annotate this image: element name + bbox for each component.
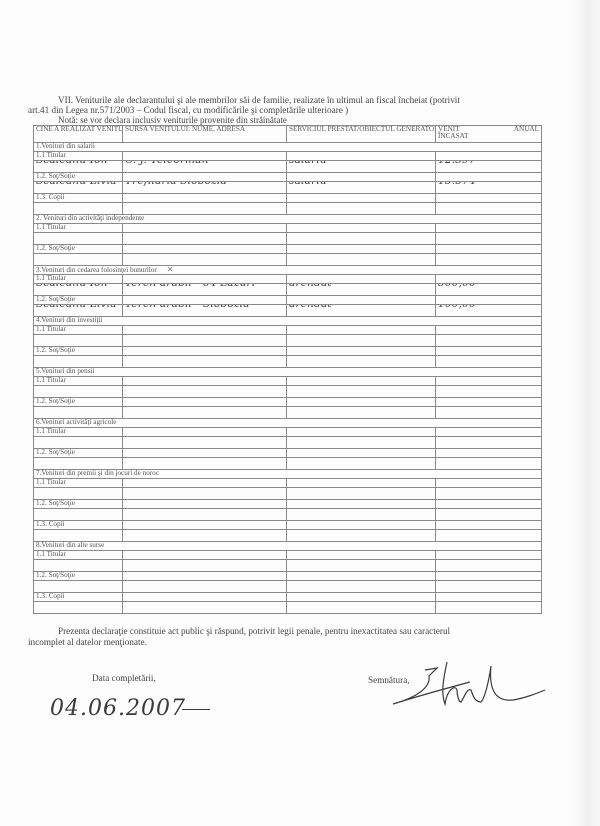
blank-cell [436, 296, 542, 305]
cell-source [123, 254, 287, 266]
section-title-text: 5.Venituri din pensii [36, 368, 95, 376]
row-label: 1.1 Titular [34, 428, 123, 437]
blank-cell [436, 377, 542, 386]
signature-mark [385, 660, 555, 710]
cell-source [123, 203, 287, 215]
section-title-text: 4.Venituri din investiţii [36, 317, 102, 325]
blank-cell [436, 521, 542, 530]
blank-cell [123, 593, 287, 602]
handwritten-who: Scaleanu Livia [36, 305, 120, 311]
cell-service: arendat [287, 284, 436, 296]
table-row [34, 530, 542, 542]
cell-service [287, 458, 436, 470]
blank-cell [436, 398, 542, 407]
table-row-label: 1.2. Soţ/Soţie [34, 347, 542, 356]
section-title: 2. Venituri din activităţi independente [34, 215, 542, 224]
table-row [34, 407, 542, 419]
cell-source [123, 488, 287, 500]
table-header-row: CINE A REALIZAT VENITUL SURSA VENITULUI:… [34, 126, 542, 143]
blank-cell [287, 245, 436, 254]
foreign-income-note: Notă: se vor declara inclusiv veniturile… [58, 115, 287, 125]
blank-cell [436, 326, 542, 335]
section-title-text: 2. Venituri din activităţi independente [36, 215, 144, 223]
cell-service [287, 386, 436, 398]
section-title-text: 3.Venituri din cedarea folosinţei bunuri… [36, 266, 157, 274]
row-label: 1.1 Titular [34, 275, 123, 284]
cell-service: salariu [287, 161, 436, 173]
cell-service [287, 581, 436, 593]
cell-service [287, 335, 436, 347]
blank-cell [436, 479, 542, 488]
cell-service: salariu [287, 182, 436, 194]
cell-income [436, 254, 542, 266]
cell-source: Teren arabil - Slobozia [123, 305, 287, 317]
handwritten-service: arendat [289, 284, 433, 290]
table-row-label: 1.1 Titular [34, 428, 542, 437]
table-row-label: 1.3. Copii [34, 194, 542, 203]
section-title: 5.Venituri din pensii [34, 368, 542, 377]
section-title: 6.Venituri activităţi agricole [34, 419, 542, 428]
table-row: Scaleanu LiviaTeren arabil - Sloboziaare… [34, 305, 542, 317]
table-row [34, 560, 542, 572]
row-label: 1.2. Soţ/Soţie [34, 296, 123, 305]
cell-who [34, 530, 123, 542]
cell-source: Trefilaria Slobozia [123, 182, 287, 194]
cell-who [34, 335, 123, 347]
blank-cell [123, 245, 287, 254]
row-label: 1.2. Soţ/Soţie [34, 347, 123, 356]
table-row-label: 1.1 Titular [34, 152, 542, 161]
cell-who: Scaleanu Ion [34, 284, 123, 296]
handwritten-x-mark-icon: ✕ [167, 266, 174, 275]
table-row-label: 1.1 Titular [34, 326, 542, 335]
handwritten-who: Scaleanu Livia [36, 182, 120, 188]
cell-service [287, 356, 436, 368]
blank-cell [436, 275, 542, 284]
table-row-label: 1.1 Titular [34, 224, 542, 233]
blank-cell [287, 152, 436, 161]
cell-who [34, 254, 123, 266]
cell-source [123, 356, 287, 368]
section-title-row: 3.Venituri din cedarea folosinţei bunuri… [34, 266, 542, 275]
cell-income [436, 356, 542, 368]
section-title: 1.Venituri din salarii [34, 143, 542, 152]
blank-cell [287, 521, 436, 530]
table-row: Scaleanu IonC. J. Teleormansalariu12.397 [34, 161, 542, 173]
table-row-label: 1.1 Titular [34, 479, 542, 488]
blank-cell [287, 347, 436, 356]
handwritten-income: 100,00 [438, 305, 539, 311]
blank-cell [287, 398, 436, 407]
section-title-text: 1.Venituri din salarii [36, 143, 95, 151]
handwritten-source: C. J. Teleorman [125, 161, 284, 167]
section-title-row: 1.Venituri din salarii [34, 143, 542, 152]
cell-service [287, 509, 436, 521]
blank-cell [123, 224, 287, 233]
cell-source [123, 437, 287, 449]
blank-cell [123, 194, 287, 203]
table-row [34, 254, 542, 266]
cell-income [436, 458, 542, 470]
cell-who [34, 602, 123, 614]
row-label: 1.1 Titular [34, 152, 123, 161]
blank-cell [123, 275, 287, 284]
table-row [34, 356, 542, 368]
cell-who [34, 509, 123, 521]
row-label: 1.1 Titular [34, 479, 123, 488]
cell-who [34, 356, 123, 368]
table-row [34, 458, 542, 470]
blank-cell [436, 224, 542, 233]
blank-cell [123, 296, 287, 305]
handwritten-source: Teren arabil - Slobozia [125, 305, 284, 311]
column-header-service: SERVICIUL PRESTAT/OBIECTUL GENERATOR DE … [287, 126, 436, 143]
table-row-label: 1.2. Soţ/Soţie [34, 173, 542, 182]
blank-cell [287, 224, 436, 233]
section-title-row: 7.Venituri din premii şi din jocuri de n… [34, 470, 542, 479]
legal-statement: Prezenta declaraţie constituie act publi… [28, 626, 553, 648]
blank-cell [123, 572, 287, 581]
cell-who [34, 233, 123, 245]
blank-cell [287, 500, 436, 509]
cell-source [123, 386, 287, 398]
table-row [34, 437, 542, 449]
cell-source [123, 581, 287, 593]
cell-who: Scaleanu Ion [34, 161, 123, 173]
cell-income [436, 488, 542, 500]
handwritten-service: salariu [289, 161, 433, 167]
blank-cell [436, 173, 542, 182]
table-row [34, 488, 542, 500]
cell-income [436, 560, 542, 572]
row-label: 1.2. Soţ/Soţie [34, 173, 123, 182]
table-row [34, 602, 542, 614]
cell-income: 15.574 [436, 182, 542, 194]
row-label: 1.1 Titular [34, 377, 123, 386]
blank-cell [123, 521, 287, 530]
cell-who [34, 386, 123, 398]
table-row-label: 1.3. Copii [34, 521, 542, 530]
row-label: 1.2. Soţ/Soţie [34, 245, 123, 254]
cell-income [436, 581, 542, 593]
table-row [34, 335, 542, 347]
handwritten-service: arendat [289, 305, 433, 311]
row-label: 1.3. Copii [34, 521, 123, 530]
statement-line-2: incomplet al datelor menţionate. [28, 637, 553, 648]
cell-who: Scaleanu Livia [34, 182, 123, 194]
cell-who [34, 581, 123, 593]
blank-cell [287, 194, 436, 203]
cell-service [287, 530, 436, 542]
cell-income: 100,00 [436, 305, 542, 317]
table-row [34, 386, 542, 398]
cell-income: 12.397 [436, 161, 542, 173]
cell-income [436, 602, 542, 614]
cell-service [287, 203, 436, 215]
cell-income [436, 530, 542, 542]
cell-income [436, 203, 542, 215]
blank-cell [287, 377, 436, 386]
cell-who [34, 560, 123, 572]
blank-cell [287, 479, 436, 488]
handwritten-who: Scaleanu Ion [36, 284, 120, 290]
cell-source [123, 407, 287, 419]
handwritten-income: 12.397 [438, 161, 539, 167]
blank-cell [287, 593, 436, 602]
blank-cell [123, 326, 287, 335]
column-header-source: SURSA VENITULUI: NUME, ADRESA [123, 126, 287, 143]
table-row: Scaleanu IonTeren arabil - 64 Lazuriaren… [34, 284, 542, 296]
cell-service [287, 560, 436, 572]
cell-income [436, 335, 542, 347]
cell-income [436, 509, 542, 521]
table-row-label: 1.2. Soţ/Soţie [34, 245, 542, 254]
row-label: 1.3. Copii [34, 194, 123, 203]
blank-cell [287, 449, 436, 458]
row-label: 1.1 Titular [34, 326, 123, 335]
section-title-row: 6.Venituri activităţi agricole [34, 419, 542, 428]
row-label: 1.2. Soţ/Soţie [34, 572, 123, 581]
blank-cell [123, 500, 287, 509]
blank-cell [436, 152, 542, 161]
cell-income [436, 407, 542, 419]
row-label: 1.2. Soţ/Soţie [34, 500, 123, 509]
table-row [34, 581, 542, 593]
cell-source [123, 335, 287, 347]
cell-source [123, 458, 287, 470]
blank-cell [436, 245, 542, 254]
table-row-label: 1.2. Soţ/Soţie [34, 500, 542, 509]
row-label: 1.3. Copii [34, 593, 123, 602]
income-table: CINE A REALIZAT VENITUL SURSA VENITULUI:… [33, 125, 542, 614]
blank-cell [287, 326, 436, 335]
blank-cell [287, 173, 436, 182]
blank-cell [123, 152, 287, 161]
cell-source [123, 509, 287, 521]
table-row-label: 1.2. Soţ/Soţie [34, 572, 542, 581]
section-title-row: 4.Venituri din investiţii [34, 317, 542, 326]
blank-cell [123, 479, 287, 488]
handwritten-income: 500,00 [438, 284, 539, 290]
heading-line-2: art.41 din Legea nr.571/2003 – Codul fis… [28, 105, 573, 115]
row-label: 1.1 Titular [34, 224, 123, 233]
cell-income: 500,00 [436, 284, 542, 296]
cell-service [287, 233, 436, 245]
cell-service [287, 407, 436, 419]
cell-who [34, 458, 123, 470]
blank-cell [287, 296, 436, 305]
section-title-row: 2. Venituri din activităţi independente [34, 215, 542, 224]
cell-who [34, 488, 123, 500]
table-row [34, 203, 542, 215]
section-title-text: 6.Venituri activităţi agricole [36, 419, 116, 427]
blank-cell [436, 593, 542, 602]
statement-line-1: Prezenta declaraţie constituie act publi… [28, 626, 553, 637]
section-title-row: 5.Venituri din pensii [34, 368, 542, 377]
blank-cell [287, 572, 436, 581]
blank-cell [436, 194, 542, 203]
table-row-label: 1.2. Soţ/Soţie [34, 449, 542, 458]
cell-who: Scaleanu Livia [34, 305, 123, 317]
blank-cell [436, 572, 542, 581]
cell-service: arendat [287, 305, 436, 317]
cell-service [287, 488, 436, 500]
cell-income [436, 233, 542, 245]
table-row-label: 1.2. Soţ/Soţie [34, 398, 542, 407]
section-title-text: 7.Venituri din premii şi din jocuri de n… [36, 470, 159, 478]
cell-service [287, 602, 436, 614]
cell-source [123, 560, 287, 572]
blank-cell [123, 377, 287, 386]
table-row [34, 233, 542, 245]
declaration-page: VII. Veniturile ale declarantului şi ale… [0, 0, 600, 826]
table-row-label: 1.1 Titular [34, 377, 542, 386]
date-value: 04.06.2007 [50, 696, 210, 721]
table-row-label: 1.3. Copii [34, 593, 542, 602]
blank-cell [436, 347, 542, 356]
handwritten-service: salariu [289, 182, 433, 188]
blank-cell [436, 449, 542, 458]
cell-source [123, 530, 287, 542]
blank-cell [123, 347, 287, 356]
cell-who [34, 437, 123, 449]
blank-cell [123, 398, 287, 407]
table-row-label: 1.2. Soţ/Soţie [34, 296, 542, 305]
column-header-income-c: ÎNCASAT [438, 133, 539, 140]
table-row [34, 509, 542, 521]
date-label: Data completării, [92, 673, 156, 683]
blank-cell [123, 551, 287, 560]
section-title: 7.Venituri din premii şi din jocuri de n… [34, 470, 542, 479]
cell-service [287, 437, 436, 449]
column-header-income-b: ANUAL [514, 126, 539, 133]
cell-income [436, 386, 542, 398]
blank-cell [436, 551, 542, 560]
column-header-income: VENITANUAL ÎNCASAT [436, 126, 542, 143]
row-label: 1.2. Soţ/Soţie [34, 449, 123, 458]
blank-cell [123, 173, 287, 182]
scan-edge-shadow [570, 0, 600, 826]
cell-who [34, 407, 123, 419]
section-title: 3.Venituri din cedarea folosinţei bunuri… [34, 266, 542, 275]
table-row-label: 1.1 Titular [34, 275, 542, 284]
section-title: 4.Venituri din investiţii [34, 317, 542, 326]
column-header-who: CINE A REALIZAT VENITUL [34, 126, 123, 143]
table-row: Scaleanu LiviaTrefilaria Sloboziasalariu… [34, 182, 542, 194]
cell-service [287, 254, 436, 266]
table-row-label: 1.1 Titular [34, 551, 542, 560]
blank-cell [287, 428, 436, 437]
heading-line-1: VII. Veniturile ale declarantului şi ale… [28, 95, 573, 105]
blank-cell [436, 500, 542, 509]
cell-source: C. J. Teleorman [123, 161, 287, 173]
section-title-text: 8.Venituri din alte surse [36, 542, 104, 550]
cell-income [436, 437, 542, 449]
section-title: 8.Venituri din alte surse [34, 542, 542, 551]
handwritten-income: 15.574 [438, 182, 539, 188]
blank-cell [436, 428, 542, 437]
blank-cell [287, 275, 436, 284]
cell-who [34, 203, 123, 215]
cell-source [123, 233, 287, 245]
blank-cell [123, 428, 287, 437]
row-label: 1.1 Titular [34, 551, 123, 560]
cell-source [123, 602, 287, 614]
handwritten-source: Trefilaria Slobozia [125, 182, 284, 188]
handwritten-source: Teren arabil - 64 Lazuri [125, 284, 284, 290]
blank-cell [123, 449, 287, 458]
row-label: 1.2. Soţ/Soţie [34, 398, 123, 407]
cell-source: Teren arabil - 64 Lazuri [123, 284, 287, 296]
section-title-row: 8.Venituri din alte surse [34, 542, 542, 551]
handwritten-who: Scaleanu Ion [36, 161, 120, 167]
blank-cell [287, 551, 436, 560]
section-heading: VII. Veniturile ale declarantului şi ale… [28, 95, 573, 115]
